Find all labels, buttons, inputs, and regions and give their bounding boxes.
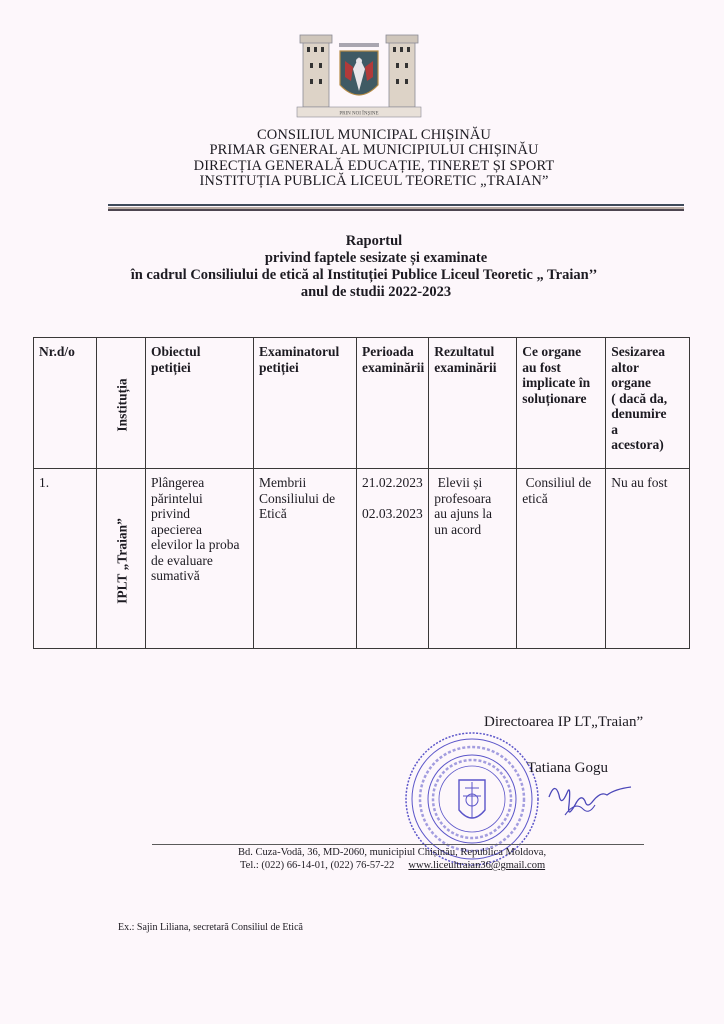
header-institutia: Instituția (97, 338, 146, 469)
header-sesizarea: Sesizareaaltororgane( dacă da,denumireaa… (606, 338, 690, 469)
executor-note: Ex.: Sajin Liliana, secretară Consiliul … (118, 922, 303, 933)
footer-phone: Tel.: (022) 66-14-01, (022) 76-57-22 (240, 860, 394, 871)
handwritten-signature (545, 775, 635, 825)
header-divider (108, 204, 684, 212)
svg-text:PRIN NOI ÎNȘINE: PRIN NOI ÎNȘINE (339, 111, 378, 117)
header-examinatorul: Examinatorulpetiției (254, 338, 357, 469)
cell-sesizarea: Nu au fost (606, 469, 690, 649)
header-rezultatul: Rezultatulexaminării (429, 338, 517, 469)
header-institution-line: INSTITUȚIA PUBLICĂ LICEUL TEORETIC „TRAI… (12, 173, 724, 190)
petitions-table: Nr.d/o Instituția Obiectulpetiției Exami… (33, 337, 690, 649)
header-obiectul: Obiectulpetiției (146, 338, 254, 469)
report-school-year: anul de studii 2022-2023 (14, 284, 724, 301)
footer-divider (152, 844, 644, 845)
report-title: Raportul (12, 233, 724, 250)
cell-obiectul: Plângereapărinteluiprivindapeciereaelevi… (146, 469, 254, 649)
footer-contact: Tel.: (022) 66-14-01, (022) 76-57-22www.… (240, 860, 545, 871)
cell-nr: 1. (34, 469, 97, 649)
header-mayor-line: PRIMAR GENERAL AL MUNICIPIULUI CHIȘINĂU (12, 142, 724, 159)
header-organe: Ce organeau fostimplicate însoluționare (517, 338, 606, 469)
footer-address: Bd. Cuza-Vodă, 36, MD-2060, municipiul C… (238, 847, 546, 858)
cell-rezultatul: Elevii șiprofesoaraau ajuns laun acord (429, 469, 517, 649)
cell-examinatorul: MembriiConsiliului deEtică (254, 469, 357, 649)
cell-institutia: IPLT „Traian” (97, 469, 146, 649)
footer-email-link[interactable]: www.liceultraian36@gmail.com (408, 860, 545, 871)
chisinau-coat-of-arms-logo: PRIN NOI ÎNȘINE (293, 33, 425, 123)
report-subtitle-line-1: privind faptele sesizate și examinate (14, 250, 724, 267)
cell-organe: Consiliul deetică (517, 469, 606, 649)
report-subtitle-line-2: în cadrul Consiliului de etică al Instit… (2, 267, 724, 284)
director-title: Directoarea IP LT„Traian” (484, 714, 643, 731)
table-row: 1. IPLT „Traian” Plângereapărinteluipriv… (34, 469, 690, 649)
cell-perioada: 21.02.202302.03.2023 (357, 469, 429, 649)
table-header-row: Nr.d/o Instituția Obiectulpetiției Exami… (34, 338, 690, 469)
header-perioada: Perioadaexaminării (357, 338, 429, 469)
header-nr: Nr.d/o (34, 338, 97, 469)
